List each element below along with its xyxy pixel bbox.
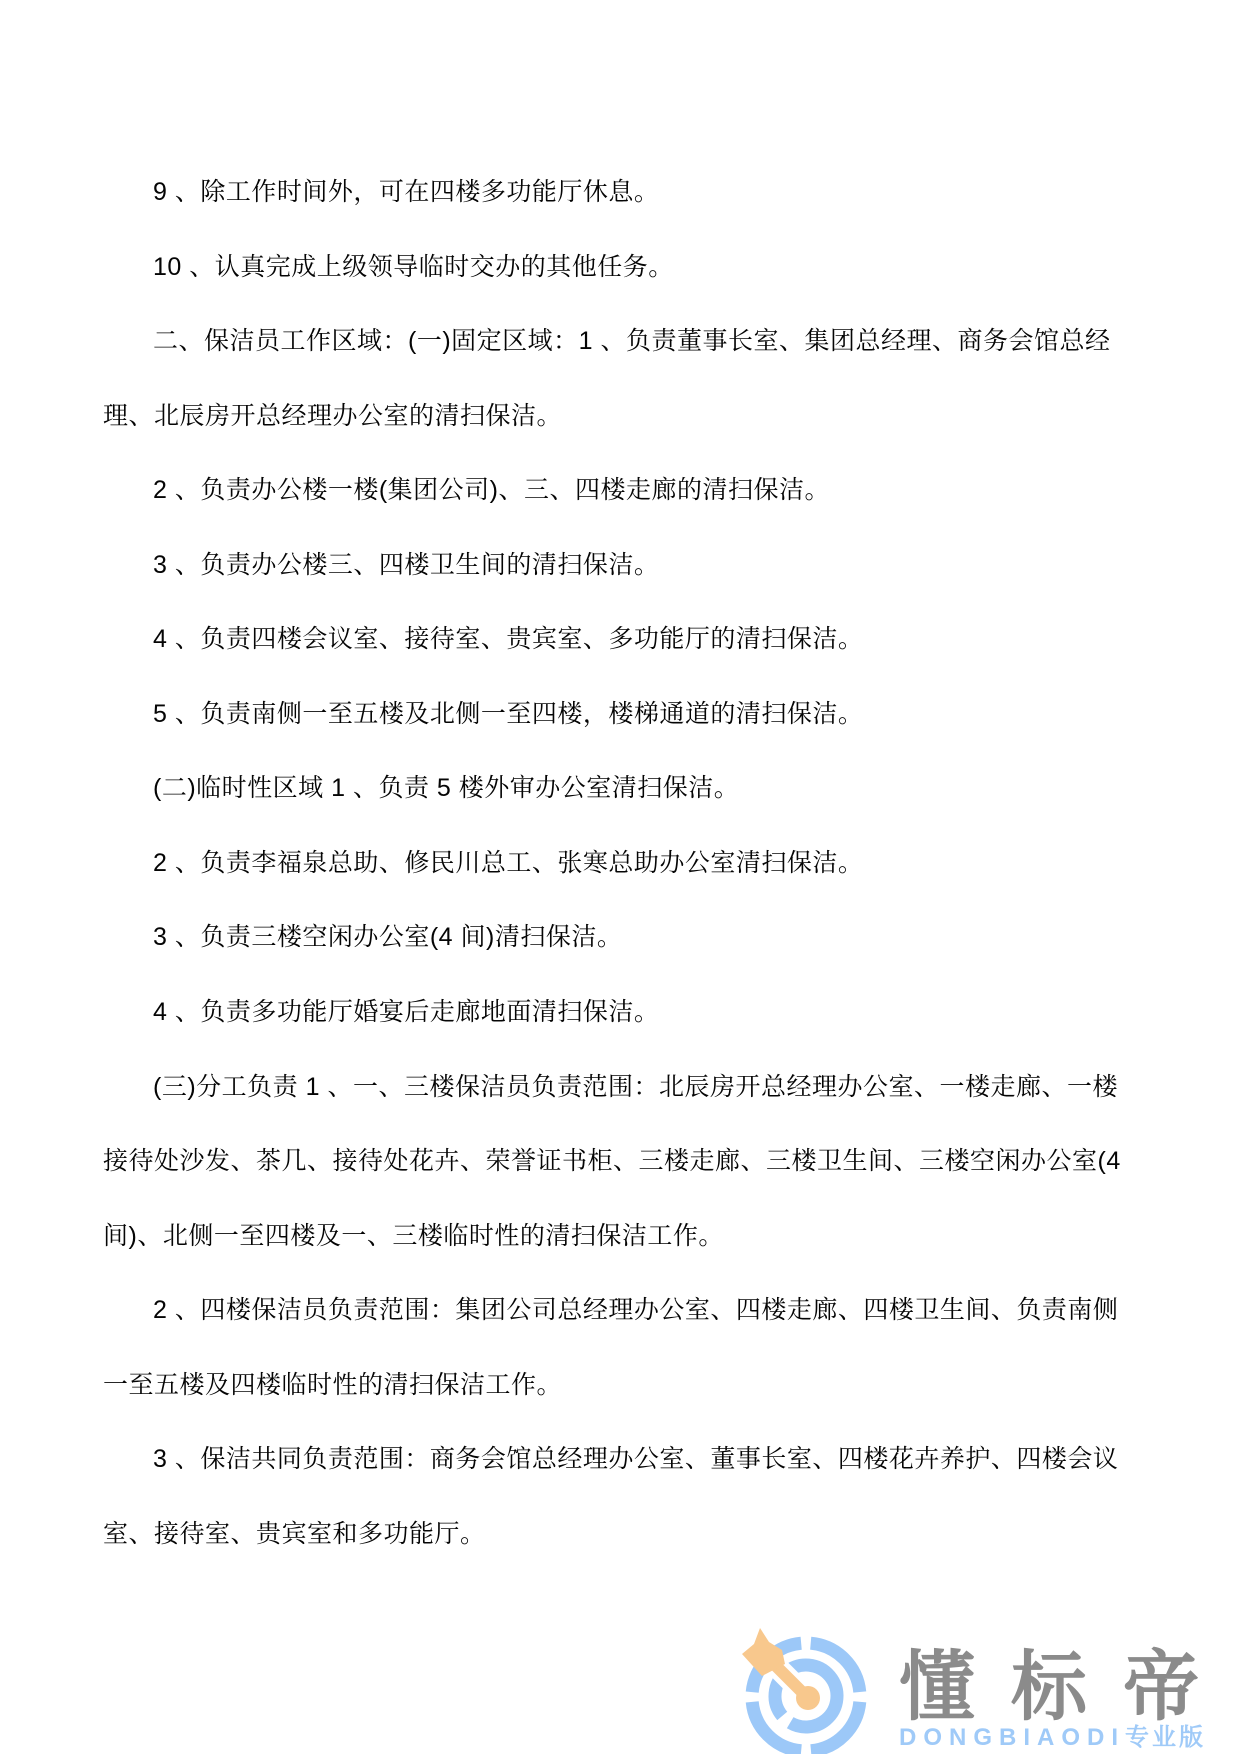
watermark-brand-text: 懂标帝 — [899, 1650, 1235, 1726]
paragraph-line: 4 、负责多功能厅婚宴后走廊地面清扫保洁。 — [103, 975, 1163, 1050]
paragraph-line: 2 、四楼保洁员负责范围：集团公司总经理办公室、四楼走廊、四楼卫生间、负责南侧 — [103, 1273, 1163, 1348]
paragraph-line: 4 、负责四楼会议室、接待室、贵宾室、多功能厅的清扫保洁。 — [103, 602, 1163, 677]
paragraph-line: 9 、除工作时间外，可在四楼多功能厅休息。 — [103, 155, 1163, 230]
paragraph-line: (三)分工负责 1 、一、三楼保洁员负责范围：北辰房开总经理办公室、一楼走廊、一… — [103, 1050, 1163, 1125]
watermark-latin-text: DONGBIAODI — [899, 1724, 1125, 1751]
paragraph-line: 3 、负责三楼空闲办公室(4 间)清扫保洁。 — [103, 900, 1163, 975]
paragraph-line: 5 、负责南侧一至五楼及北侧一至四楼，楼梯通道的清扫保洁。 — [103, 677, 1163, 752]
target-dart-icon — [690, 1590, 870, 1754]
paragraph-line: 2 、负责李福泉总助、修民川总工、张寒总助办公室清扫保洁。 — [103, 826, 1163, 901]
paragraph-line: 3 、保洁共同负责范围：商务会馆总经理办公室、董事长室、四楼花卉养护、四楼会议 — [103, 1422, 1163, 1497]
paragraph-line: (二)临时性区域 1 、负责 5 楼外审办公室清扫保洁。 — [103, 751, 1163, 826]
watermark-logo — [690, 1590, 870, 1754]
document-body: 9 、除工作时间外，可在四楼多功能厅休息。 10 、认真完成上级领导临时交办的其… — [103, 155, 1163, 1571]
paragraph-line: 2 、负责办公楼一楼(集团公司)、三、四楼走廊的清扫保洁。 — [103, 453, 1163, 528]
paragraph-line: 二、保洁员工作区域：(一)固定区域：1 、负责董事长室、集团总经理、商务会馆总经 — [103, 304, 1163, 379]
paragraph-line: 室、接待室、贵宾室和多功能厅。 — [103, 1497, 1163, 1572]
watermark-edition-text: 专业版 — [1125, 1724, 1206, 1751]
paragraph-line: 10 、认真完成上级领导临时交办的其他任务。 — [103, 230, 1163, 305]
paragraph-line: 理、北辰房开总经理办公室的清扫保洁。 — [103, 379, 1163, 454]
paragraph-line: 接待处沙发、茶几、接待处花卉、荣誉证书柜、三楼走廊、三楼卫生间、三楼空闲办公室(… — [103, 1124, 1163, 1199]
paragraph-line: 一至五楼及四楼临时性的清扫保洁工作。 — [103, 1348, 1163, 1423]
paragraph-line: 间)、北侧一至四楼及一、三楼临时性的清扫保洁工作。 — [103, 1199, 1163, 1274]
paragraph-line: 3 、负责办公楼三、四楼卫生间的清扫保洁。 — [103, 528, 1163, 603]
watermark-subtext: DONGBIAODI专业版 — [899, 1726, 1206, 1750]
